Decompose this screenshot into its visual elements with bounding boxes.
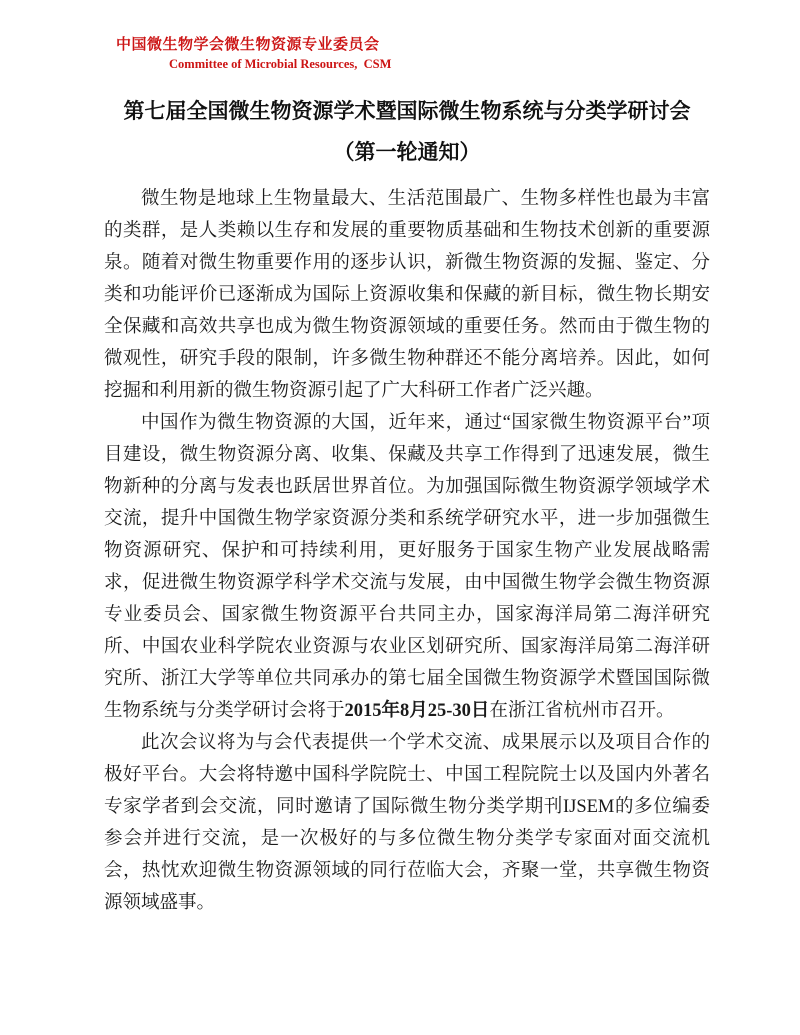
document-body: 微生物是地球上生物量最大、生活范围最广、生物多样性也最为丰富的类群，是人类赖以生… xyxy=(104,183,710,919)
paragraph-organizers-text: 中国作为微生物资源的大国，近年来，通过“国家微生物资源平台”项目建设，微生物资源… xyxy=(104,413,710,721)
conference-location: 在浙江省杭州市召开。 xyxy=(489,701,674,721)
organization-name-english: Committee of Microbial Resources, CSM xyxy=(169,57,710,72)
document-subtitle: （第一轮通知） xyxy=(104,139,710,165)
paragraph-invitation: 此次会议将为与会代表提供一个学术交流、成果展示以及项目合作的极好平台。大会将特邀… xyxy=(104,727,710,919)
organization-header: 中国微生物学会微生物资源专业委员会 Committee of Microbial… xyxy=(116,36,710,72)
paragraph-intro: 微生物是地球上生物量最大、生活范围最广、生物多样性也最为丰富的类群，是人类赖以生… xyxy=(104,183,710,407)
document-title: 第七届全国微生物资源学术暨国际微生物系统与分类学研讨会 xyxy=(104,98,710,124)
document-page: 中国微生物学会微生物资源专业委员会 Committee of Microbial… xyxy=(0,0,800,1035)
conference-date: 2015年8月25-30日 xyxy=(345,701,490,721)
paragraph-organizers: 中国作为微生物资源的大国，近年来，通过“国家微生物资源平台”项目建设，微生物资源… xyxy=(104,407,710,727)
organization-name-chinese: 中国微生物学会微生物资源专业委员会 xyxy=(116,36,710,54)
